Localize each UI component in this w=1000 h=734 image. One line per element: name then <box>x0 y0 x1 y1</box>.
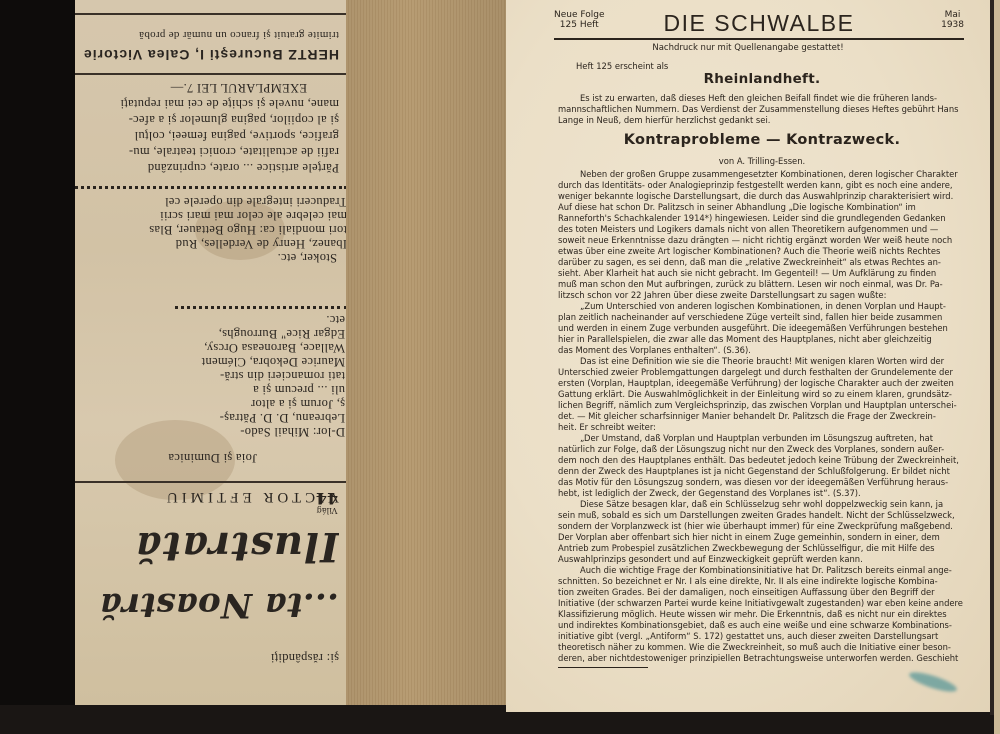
clipping-rule <box>75 73 347 75</box>
body-line: und werden in einem Zuge verbunden ausge… <box>558 323 966 334</box>
body-line: „Zum Unterschied von anderen logischen K… <box>558 301 966 312</box>
body-line: schnitten. So bezeichnet er Nr. I als ei… <box>558 576 966 587</box>
body-line: Unterschied zweier Problemgattungen darg… <box>558 367 966 378</box>
issue-year: 1938 <box>941 20 964 30</box>
body-line: Auswahlprinzips gesondert und auf Einzwe… <box>558 554 966 565</box>
body-line: „Der Umstand, daß Vorplan und Hauptplan … <box>558 433 966 444</box>
clipping-line: tori mondiali ca: Hugo Bettauer, Blas <box>83 222 347 237</box>
clipping-line: Traduceri integrale din operele cel <box>83 194 347 209</box>
body-line: Das ist eine Definition wie sie die Theo… <box>558 356 966 367</box>
body-line: Neben der großen Gruppe zusammengesetzte… <box>558 169 966 180</box>
body-line: litzsch schon vor 22 Jahren über diese z… <box>558 290 966 301</box>
body-line: Auch die wichtige Frage der Kombinations… <box>558 565 966 576</box>
body-line: etwas über eine zweite Art logischer Kom… <box>558 246 966 257</box>
body-line: natürlich zur Folge, daß der Lösungszug … <box>558 444 966 455</box>
body-line: das Motiv für den Lösungszug sondern, wa… <box>558 477 966 488</box>
body-line: Diese Sätze besagen klar, daß ein Schlüs… <box>558 499 966 510</box>
page-header: Neue Folge 125 Heft DIE SCHWALBE Mai 193… <box>554 8 964 40</box>
body-line: Gattung erklärt. Die Auswahlmöglichkeit … <box>558 389 966 400</box>
clipping-line: rafii de actualitate, cronici teatrale, … <box>83 144 339 159</box>
body-line: deren, aber nichtdestoweniger prinzipiel… <box>558 653 966 664</box>
body-line: theoretisch näher zu kommen. Wie die Zwe… <box>558 642 966 653</box>
body-line: hebt, ist lediglich der Zweck, der Gegen… <box>558 488 966 499</box>
clipping-line: Părţele artistice ... orate, cuprinzând <box>83 160 339 175</box>
article-title: Kontraprobleme — Kontrazweck. <box>558 135 966 146</box>
clipping-line: şi: răspândiţi <box>83 650 339 665</box>
clipping-line: Maurice Dekobra, Clément <box>83 354 345 369</box>
article-byline: von A. Trilling-Essen. <box>558 156 966 167</box>
clipping-rule <box>75 13 347 15</box>
series-info: Neue Folge 125 Heft <box>554 10 604 30</box>
body-line: denn der Zweck des Hauptplanes ist ja ni… <box>558 466 966 477</box>
body-line: lichen Begriff, nämlich zum Vergleichspr… <box>558 400 966 411</box>
journal-title: DIE SCHWALBE <box>644 10 874 37</box>
body-line: ersten (Vorplan, Hauptplan, ideegemäße V… <box>558 378 966 389</box>
body-line: muß man schon den Mut aufbringen, zurück… <box>558 279 966 290</box>
clipping-line: mane, nuvele şi schiţe de cei mai reputa… <box>83 96 339 111</box>
clipping-line: trimite gratuit şi franco un număr de pr… <box>83 29 339 41</box>
newspaper-clipping: şi: răspândiţi ...ta Noastră Ilustrată V… <box>75 0 347 705</box>
book-page: Neue Folge 125 Heft DIE SCHWALBE Mai 193… <box>506 0 990 712</box>
clipping-author: VICTOR EFTIMIU <box>83 488 339 505</box>
body-line: Klassifizierung möglich. Heute wissen wi… <box>558 609 966 620</box>
clipping-line: tati romancieri din stră- <box>83 368 345 383</box>
body-line: initiative gibt (vergl. „Antiform“ S. 17… <box>558 631 966 642</box>
clipping-line: şi al copiilor, pagina glumelor şi a afe… <box>83 112 339 127</box>
body-line: und indirektes Kombinationsgebiet, daß e… <box>558 620 966 631</box>
binding-shadow <box>346 0 506 720</box>
intro-body-line: Lange in Neuß, dem hierfür herzlichst ge… <box>558 115 966 126</box>
stamp-label: Világ <box>311 506 343 515</box>
body-line: Auf diese hat schon Dr. Palitzsch in sei… <box>558 202 966 213</box>
intro-body-line: mannschaftlichen Nummern. Das Verdienst … <box>558 104 966 115</box>
clipping-line: grafice, sportive, pagina femeei, colţul <box>83 128 339 143</box>
clipping-masthead: ...ta Noastră <box>83 581 339 625</box>
intro-body-line: Es ist zu erwarten, daß dieses Heft den … <box>558 93 966 104</box>
clipping-line: Lebreanu, D. D. Pătraş- <box>83 410 345 425</box>
body-line: weniger bekannte logische Darstellungsar… <box>558 191 966 202</box>
stamp-number: 44 <box>311 490 343 506</box>
reprint-notice: Nachdruck nur mit Quellenangabe gestatte… <box>506 43 990 53</box>
issue-label: 125 Heft <box>554 20 604 30</box>
clipping-address: HERTZ Bucureşti I, Calea Victoriei No. 3 <box>83 47 339 63</box>
clipping-line: D-lor: Mihail Sado- <box>83 424 345 439</box>
clipping-line: etc. <box>83 312 345 327</box>
clipping-line: Wallace, Baroneasa Orcsy, <box>83 340 345 355</box>
issue-month: Mai <box>941 10 964 20</box>
body-line: heit. Er schreibt weiter: <box>558 422 966 433</box>
clipping-line: uli ... precum şi a <box>83 382 345 397</box>
body-line: soweit neue Erkenntnisse dazu drängten —… <box>558 235 966 246</box>
body-line: des toten Meisters und Logikers damals n… <box>558 224 966 235</box>
body-line: sondern der Vorplanzweck ist (hier wie ü… <box>558 521 966 532</box>
issue-date: Mai 1938 <box>941 10 964 30</box>
body-line: das Moment des Vorplanes enthalten“. (S.… <box>558 345 966 356</box>
body-line: tion zweiten Grades. Bei der damaligen, … <box>558 587 966 598</box>
body-line: durch das Identitäts- oder Analogieprinz… <box>558 180 966 191</box>
clipping-rotated-content: şi: răspândiţi ...ta Noastră Ilustrată V… <box>75 0 347 705</box>
book-cover-board <box>0 0 80 734</box>
clipping-line: Edgar Rice" Burroughs, <box>83 326 345 341</box>
clipping-dotted-rule <box>175 306 347 309</box>
body-line: Antrieb zum Probespiel zusätzlichen Zwec… <box>558 543 966 554</box>
page-fore-edge <box>994 0 1000 734</box>
clipping-line: Stoker, etc. <box>83 250 337 265</box>
clipping-line: Ibanez, Henry de Verdelles, Rud <box>83 236 347 251</box>
clipping-masthead-sub: Ilustrată <box>83 520 339 570</box>
series-label: Neue Folge <box>554 10 604 20</box>
clipping-rule <box>75 481 347 483</box>
body-line: hier in Parallelspielen, die zwar alle d… <box>558 334 966 345</box>
clipping-line: mai celebre ale celor mai mari scrii <box>83 208 347 223</box>
intro-title: Rheinlandheft. <box>558 74 966 85</box>
body-line: det. — Mit gleicher scharfsinniger Manie… <box>558 411 966 422</box>
clipping-line: ş, Jorum şi a altor <box>83 396 345 411</box>
clipping-line: Joia şi Duminica <box>83 450 257 465</box>
clipping-dotted-rule <box>75 186 347 189</box>
stamp: 44 Világ <box>311 490 343 524</box>
body-line: sein muß, sobald es sich um Darstellunge… <box>558 510 966 521</box>
body-line: Der Vorplan aber offenbart sich hier nic… <box>558 532 966 543</box>
body-line: Ranneforth's Schachkalender 1914*) hinge… <box>558 213 966 224</box>
body-line: darüber zu sagen, es sei denn, daß man d… <box>558 257 966 268</box>
body-line: Initiative (der schwarzen Partei wurde k… <box>558 598 966 609</box>
body-line: sieht. Aber Klarheit hat auch sie nicht … <box>558 268 966 279</box>
clipping-price: EXEMPLARUL LEI 7.— <box>83 80 307 95</box>
body-line: plan zeitlich nacheinander auf verschied… <box>558 312 966 323</box>
body-line: dem noch den des Hauptplanes enthält. Da… <box>558 455 966 466</box>
